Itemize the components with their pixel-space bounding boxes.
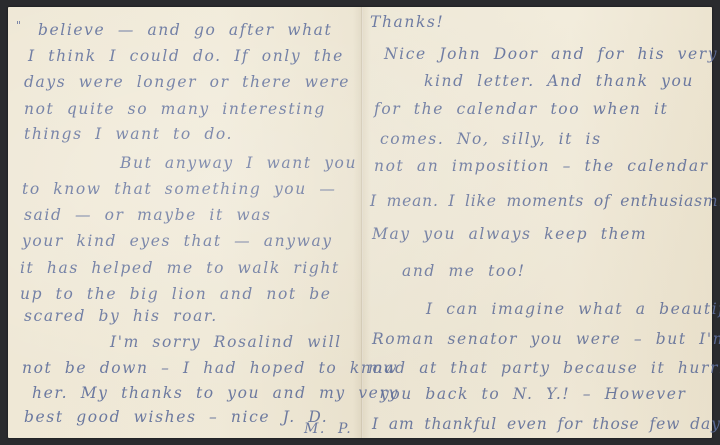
handwritten-line: May you always keep them bbox=[372, 225, 647, 243]
handwritten-line: things I want to do. bbox=[24, 125, 233, 143]
handwritten-line: mad at that party because it hurried bbox=[368, 359, 720, 377]
handwritten-line: Nice John Door and for his very bbox=[384, 45, 718, 63]
left-page: " believe — and go after what I think I … bbox=[8, 7, 360, 438]
handwritten-line: Roman senator you were – but I'm bbox=[372, 330, 720, 348]
handwritten-line: days were longer or there were bbox=[24, 73, 350, 91]
handwritten-line: comes. No, silly, it is bbox=[380, 130, 602, 148]
handwritten-line: best good wishes – nice J. D. bbox=[24, 408, 328, 426]
handwritten-line: to know that something you — bbox=[22, 180, 336, 198]
handwritten-line: scared by his roar. bbox=[24, 307, 218, 325]
handwritten-line: not quite so many interesting bbox=[24, 100, 326, 118]
letter-paper: " believe — and go after what I think I … bbox=[8, 7, 712, 438]
handwritten-line: it has helped me to walk right bbox=[20, 259, 340, 277]
handwritten-line: your kind eyes that — anyway bbox=[22, 232, 333, 250]
handwritten-line: I can imagine what a beautiful bbox=[426, 300, 720, 318]
handwritten-line: not be down – I had hoped to know bbox=[22, 359, 398, 377]
handwritten-line: I'm sorry Rosalind will bbox=[110, 333, 342, 351]
handwritten-line: you back to N. Y.! – However bbox=[380, 385, 687, 403]
handwritten-line: I think I could do. If only the bbox=[28, 47, 344, 65]
handwritten-line: But anyway I want you bbox=[120, 154, 357, 172]
handwritten-line: believe — and go after what bbox=[38, 21, 332, 39]
handwritten-line: I am thankful even for those few days. bbox=[372, 415, 720, 433]
page-mark: " bbox=[16, 19, 21, 32]
signature-initials: M. P. bbox=[304, 421, 352, 437]
handwritten-line: for the calendar too when it bbox=[374, 100, 668, 118]
handwritten-line: her. My thanks to you and my very bbox=[32, 384, 399, 402]
handwritten-line: kind letter. And thank you bbox=[424, 72, 694, 90]
handwritten-line: Thanks! bbox=[370, 13, 444, 31]
right-page: Thanks! Nice John Door and for his very … bbox=[364, 7, 712, 438]
handwritten-line: I mean. I like moments of enthusiasm. bbox=[370, 192, 720, 210]
handwritten-line: up to the big lion and not be bbox=[20, 285, 332, 303]
handwritten-line: said — or maybe it was bbox=[24, 206, 272, 224]
handwritten-line: and me too! bbox=[402, 262, 526, 280]
handwritten-line: not an imposition – the calendar bbox=[374, 157, 709, 175]
